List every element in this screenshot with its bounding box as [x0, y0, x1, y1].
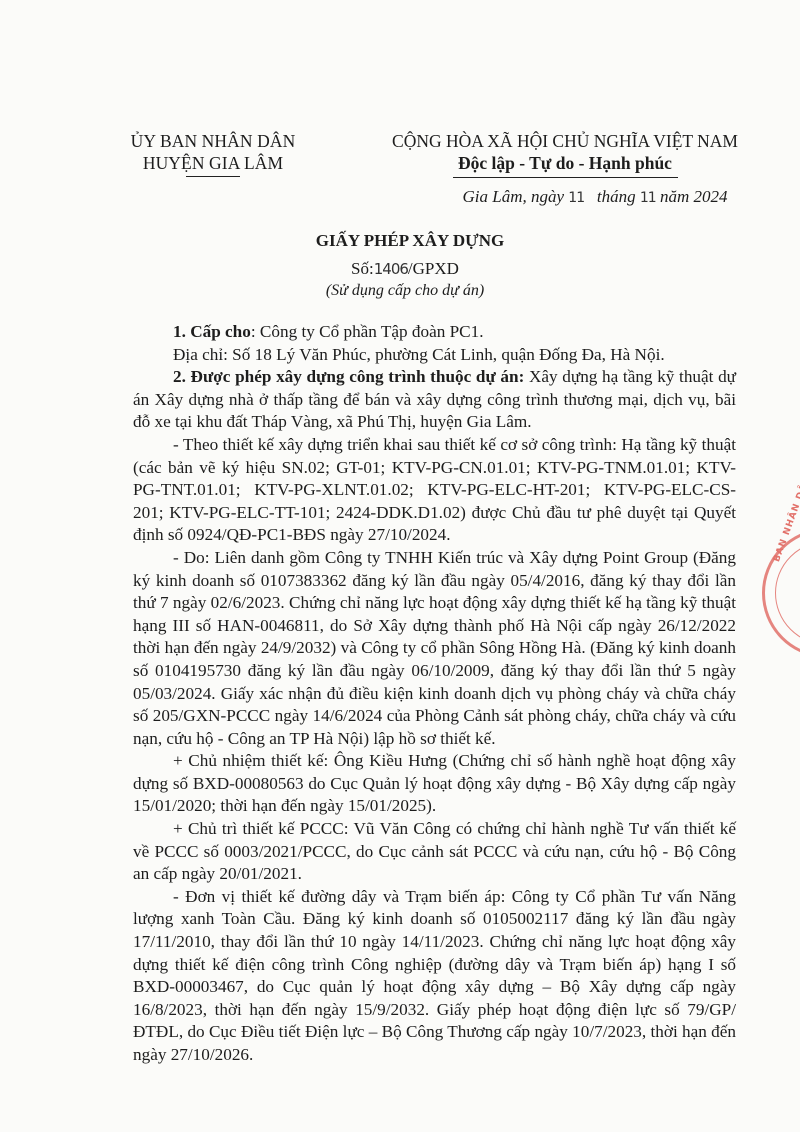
- issuer-underline: [186, 176, 240, 177]
- handwritten-month: 11: [640, 190, 656, 206]
- month-label: tháng: [597, 187, 636, 206]
- motto-underline: [453, 177, 678, 178]
- section-address: Địa chỉ: Số 18 Lý Văn Phúc, phường Cát L…: [133, 344, 736, 367]
- section-permitted-project: 2. Được phép xây dựng công trình thuộc d…: [133, 366, 736, 434]
- document-title: GIẤY PHÉP XÂY DỰNG: [0, 230, 800, 252]
- section-design-lead: + Chủ nhiệm thiết kế: Ông Kiều Hưng (Chứ…: [133, 750, 736, 818]
- doc-number-prefix: Số:: [351, 259, 374, 278]
- place-date: Gia Lâm, ngày 11 tháng 11 năm 2024: [405, 186, 785, 209]
- section-issued-to: 1. Cấp cho: Công ty Cổ phần Tập đoàn PC1…: [133, 321, 736, 344]
- document-number: Số:1406/GPXD: [0, 258, 800, 280]
- section-design-basis: - Theo thiết kế xây dựng triển khai sau …: [133, 434, 736, 547]
- document-page: ỦY BAN NHÂN DÂN HUYỆN GIA LÂM CỘNG HÒA X…: [0, 0, 800, 1132]
- issuer-block: ỦY BAN NHÂN DÂN HUYỆN GIA LÂM: [118, 130, 308, 177]
- section-power-line-designer: - Đơn vị thiết kế đường dây và Trạm biến…: [133, 886, 736, 1067]
- section-label: 2. Được phép xây dựng công trình thuộc d…: [173, 367, 524, 386]
- issuer-line-1: ỦY BAN NHÂN DÂN: [118, 130, 308, 152]
- issuer-line-2: HUYỆN GIA LÂM: [143, 152, 283, 174]
- doc-number-suffix: /GPXD: [408, 259, 459, 278]
- handwritten-day: 11: [568, 190, 584, 206]
- section-label: 1. Cấp cho: [173, 322, 251, 341]
- year-label: năm 2024: [660, 187, 728, 206]
- place-label: Gia Lâm, ngày: [463, 187, 565, 206]
- section-fire-safety-lead: + Chủ trì thiết kế PCCC: Vũ Văn Công có …: [133, 818, 736, 886]
- document-subtitle: (Sử dụng cấp cho dự án): [0, 281, 800, 301]
- national-header: CỘNG HÒA XÃ HỘI CHỦ NGHĨA VIỆT NAM Độc l…: [345, 130, 785, 178]
- handwritten-doc-number: 1406: [374, 260, 408, 278]
- nation-name: CỘNG HÒA XÃ HỘI CHỦ NGHĨA VIỆT NAM: [345, 130, 785, 152]
- document-body: 1. Cấp cho: Công ty Cổ phần Tập đoàn PC1…: [133, 321, 736, 1067]
- section-design-by: - Do: Liên danh gồm Công ty TNHH Kiến tr…: [133, 547, 736, 750]
- national-motto: Độc lập - Tự do - Hạnh phúc: [345, 152, 785, 174]
